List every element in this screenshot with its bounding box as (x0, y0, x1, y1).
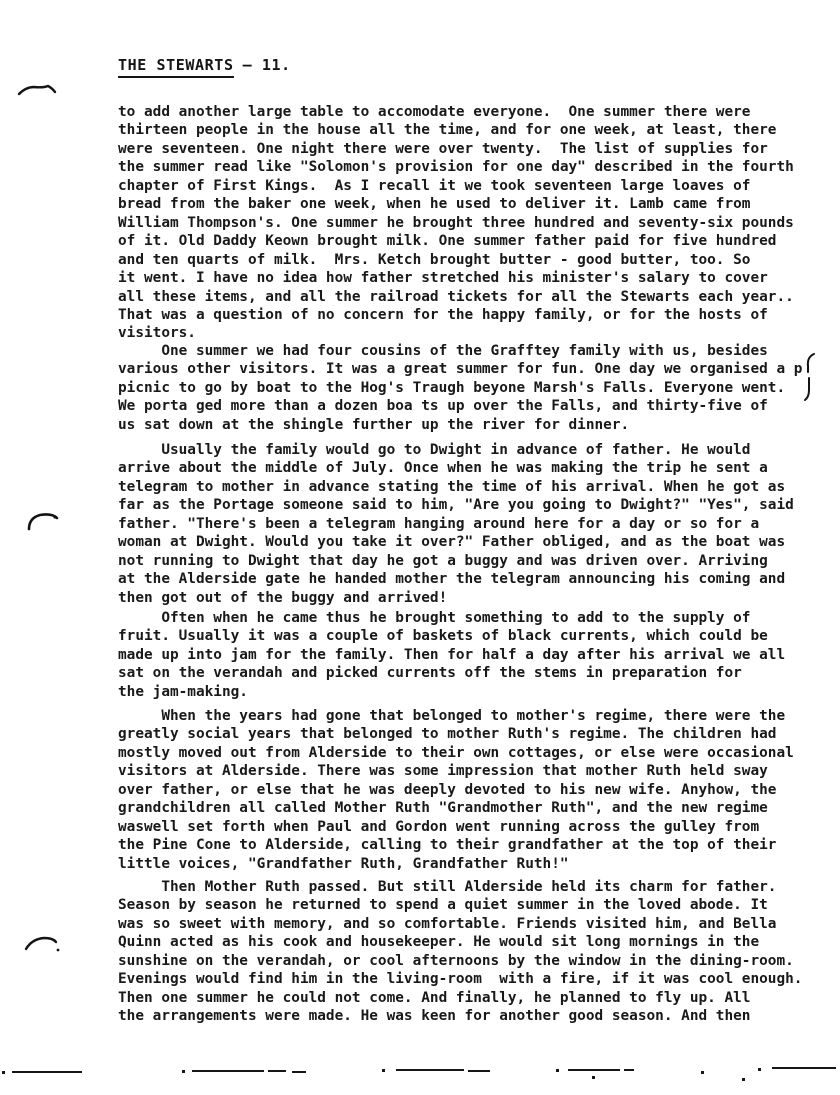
paragraph: One summer we had four cousins of the Gr… (118, 342, 823, 434)
page-number: — 11. (243, 56, 291, 74)
paragraph: When the years had gone that belonged to… (118, 707, 823, 873)
document-title: THE STEWARTS (118, 56, 234, 78)
document-page: THE STEWARTS— 11. to add another large t… (0, 0, 840, 1095)
pen-squiggle-mark (27, 512, 63, 532)
paragraph: Usually the family would go to Dwight in… (118, 441, 823, 607)
paragraph: Often when he came thus he brought somet… (118, 609, 823, 701)
pen-squiggle-mark (17, 83, 59, 99)
margin-bracket-mark (802, 352, 818, 402)
paragraph: Then Mother Ruth passed. But still Alder… (118, 878, 823, 1026)
paragraph: to add another large table to accomodate… (118, 103, 823, 343)
page-header: THE STEWARTS— 11. (118, 56, 291, 75)
pen-squiggle-mark (24, 936, 62, 956)
